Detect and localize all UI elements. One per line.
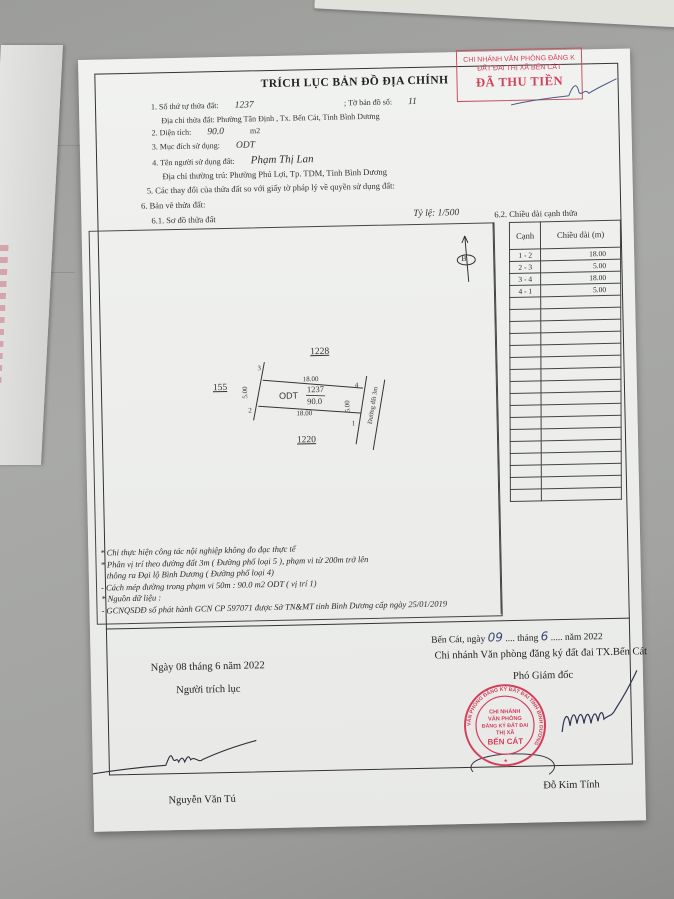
signature-left <box>90 736 261 780</box>
table-header-length: Chiều dài (m) <box>541 220 621 249</box>
length-cell <box>542 487 622 501</box>
official-seal-icon: VĂN PHÒNG ĐĂNG KÝ ĐẤT ĐAI TỈNH BÌNH DƯƠN… <box>462 682 548 768</box>
edge-cell <box>510 381 541 394</box>
issue-month-handwritten: 6 <box>541 629 549 643</box>
edge-right-length: 5.00 <box>343 400 351 412</box>
table-row-empty <box>510 487 621 501</box>
svg-text:★: ★ <box>503 758 508 764</box>
edge-cell <box>510 405 541 418</box>
neighbor-parcel-south: 1220 <box>297 435 316 445</box>
edge-cell <box>510 465 541 478</box>
edge-cell: 1 - 2 <box>510 249 541 262</box>
edge-cell <box>510 393 541 406</box>
map-sheet-value: 11 <box>408 97 417 107</box>
neighbor-parcel-north: 1228 <box>310 347 329 357</box>
edge-cell <box>510 477 541 490</box>
edge-table-heading: 6.2. Chiều dài cạnh thửa <box>494 208 577 220</box>
area-unit: m2 <box>250 126 260 135</box>
issue-year: năm 2022 <box>565 632 603 643</box>
purpose-value: ODT <box>236 140 255 150</box>
residence-label: Địa chỉ thường trú: <box>162 170 227 181</box>
cadastral-extract-sheet: TRÍCH LỤC BẢN ĐỒ ĐỊA CHÍNH CHI NHÁNH VĂN… <box>78 48 646 831</box>
edge-cell <box>510 429 541 442</box>
signer-name-right: Đỗ Kim Tính <box>543 779 600 791</box>
purpose-label: 3. Mục đích sử dụng: <box>152 141 220 151</box>
map-sheet-row: ; Tờ bản đồ số: 11 <box>344 97 417 109</box>
area-value: 90.0 <box>207 127 224 137</box>
neighbor-parcel-west: 155 <box>213 383 227 393</box>
edge-cell <box>510 441 541 454</box>
edge-cell <box>510 357 541 370</box>
scale-label: Tỷ lệ: 1/500 <box>413 208 459 219</box>
parcel-number-label: 1. Số thứ tự thửa đất: <box>151 101 219 111</box>
notes-block: * Chỉ thực hiện công tác nội nghiệp khôn… <box>100 540 447 616</box>
edge-cell: 2 - 3 <box>510 261 541 274</box>
edge-cell <box>510 489 541 502</box>
vertex-1: 1 <box>352 419 356 427</box>
vertex-3: 3 <box>257 364 261 372</box>
parcel-number-in-sketch: 1237 <box>307 384 324 394</box>
vertex-2: 2 <box>248 406 252 414</box>
edge-cell <box>510 297 541 310</box>
edge-cell <box>510 417 541 430</box>
edge-cell <box>510 369 541 382</box>
issue-day-handwritten: 09 <box>488 630 504 644</box>
edge-length-panel: Cạnh Chiều dài (m) 1 - 218.002 - 35.003 … <box>492 220 627 615</box>
background-paper-stack <box>0 45 63 465</box>
edge-cell <box>510 333 541 346</box>
edge-cell <box>510 453 541 466</box>
parcel-number-value: 1237 <box>235 100 254 110</box>
vertex-4: 4 <box>355 381 359 389</box>
sketch-heading: 6.1. Sơ đồ thửa đất <box>151 214 216 225</box>
table-header-edge: Cạnh <box>509 222 540 250</box>
edge-cell <box>510 321 541 334</box>
edge-bottom-length: 18.00 <box>296 409 312 417</box>
parcel-address-label: Địa chỉ thửa đất: <box>161 115 215 125</box>
edge-length-table: Cạnh Chiều dài (m) 1 - 218.002 - 35.003 … <box>509 220 622 502</box>
edge-cell <box>510 309 541 322</box>
paid-stamp-signature <box>508 77 619 109</box>
paid-stamp-line2: ĐẤT ĐAI THỊ XÃ BẾN CÁT <box>457 63 581 73</box>
edge-left-length: 5.00 <box>241 386 249 398</box>
owner-label: 4. Tên người sử dụng đất: <box>152 157 235 168</box>
area-label: 2. Diện tích: <box>151 128 191 138</box>
map-sheet-label: ; Tờ bản đồ số: <box>344 97 392 107</box>
issue-date-prefix: Bến Cát, ngày <box>431 635 485 646</box>
drawing-heading: 6. Bản vẽ thửa đất: <box>141 199 206 210</box>
signer-role-left: Người trích lục <box>176 684 241 696</box>
issue-month-label: tháng <box>517 633 538 643</box>
svg-text:CHI NHÁNHVĂN PHÒNGĐĂNG KÝ ĐẤT: CHI NHÁNHVĂN PHÒNGĐĂNG KÝ ĐẤT ĐAITHỊ XÃB… <box>481 708 529 747</box>
background-paper-top <box>314 0 674 28</box>
edge-top-length: 18.00 <box>303 375 319 383</box>
parcel-use-code: ODT <box>279 390 298 400</box>
edge-cell: 4 - 1 <box>510 285 541 298</box>
paid-stamp-line1: CHI NHÁNH VĂN PHÒNG ĐĂNG K <box>457 54 581 64</box>
edge-cell <box>510 345 541 358</box>
parcel-area-in-sketch: 90.0 <box>307 396 322 406</box>
owner-value: Phạm Thị Lan <box>251 153 314 166</box>
edge-cell: 3 - 4 <box>510 273 541 286</box>
signer-name-left: Nguyễn Văn Tú <box>168 794 235 806</box>
